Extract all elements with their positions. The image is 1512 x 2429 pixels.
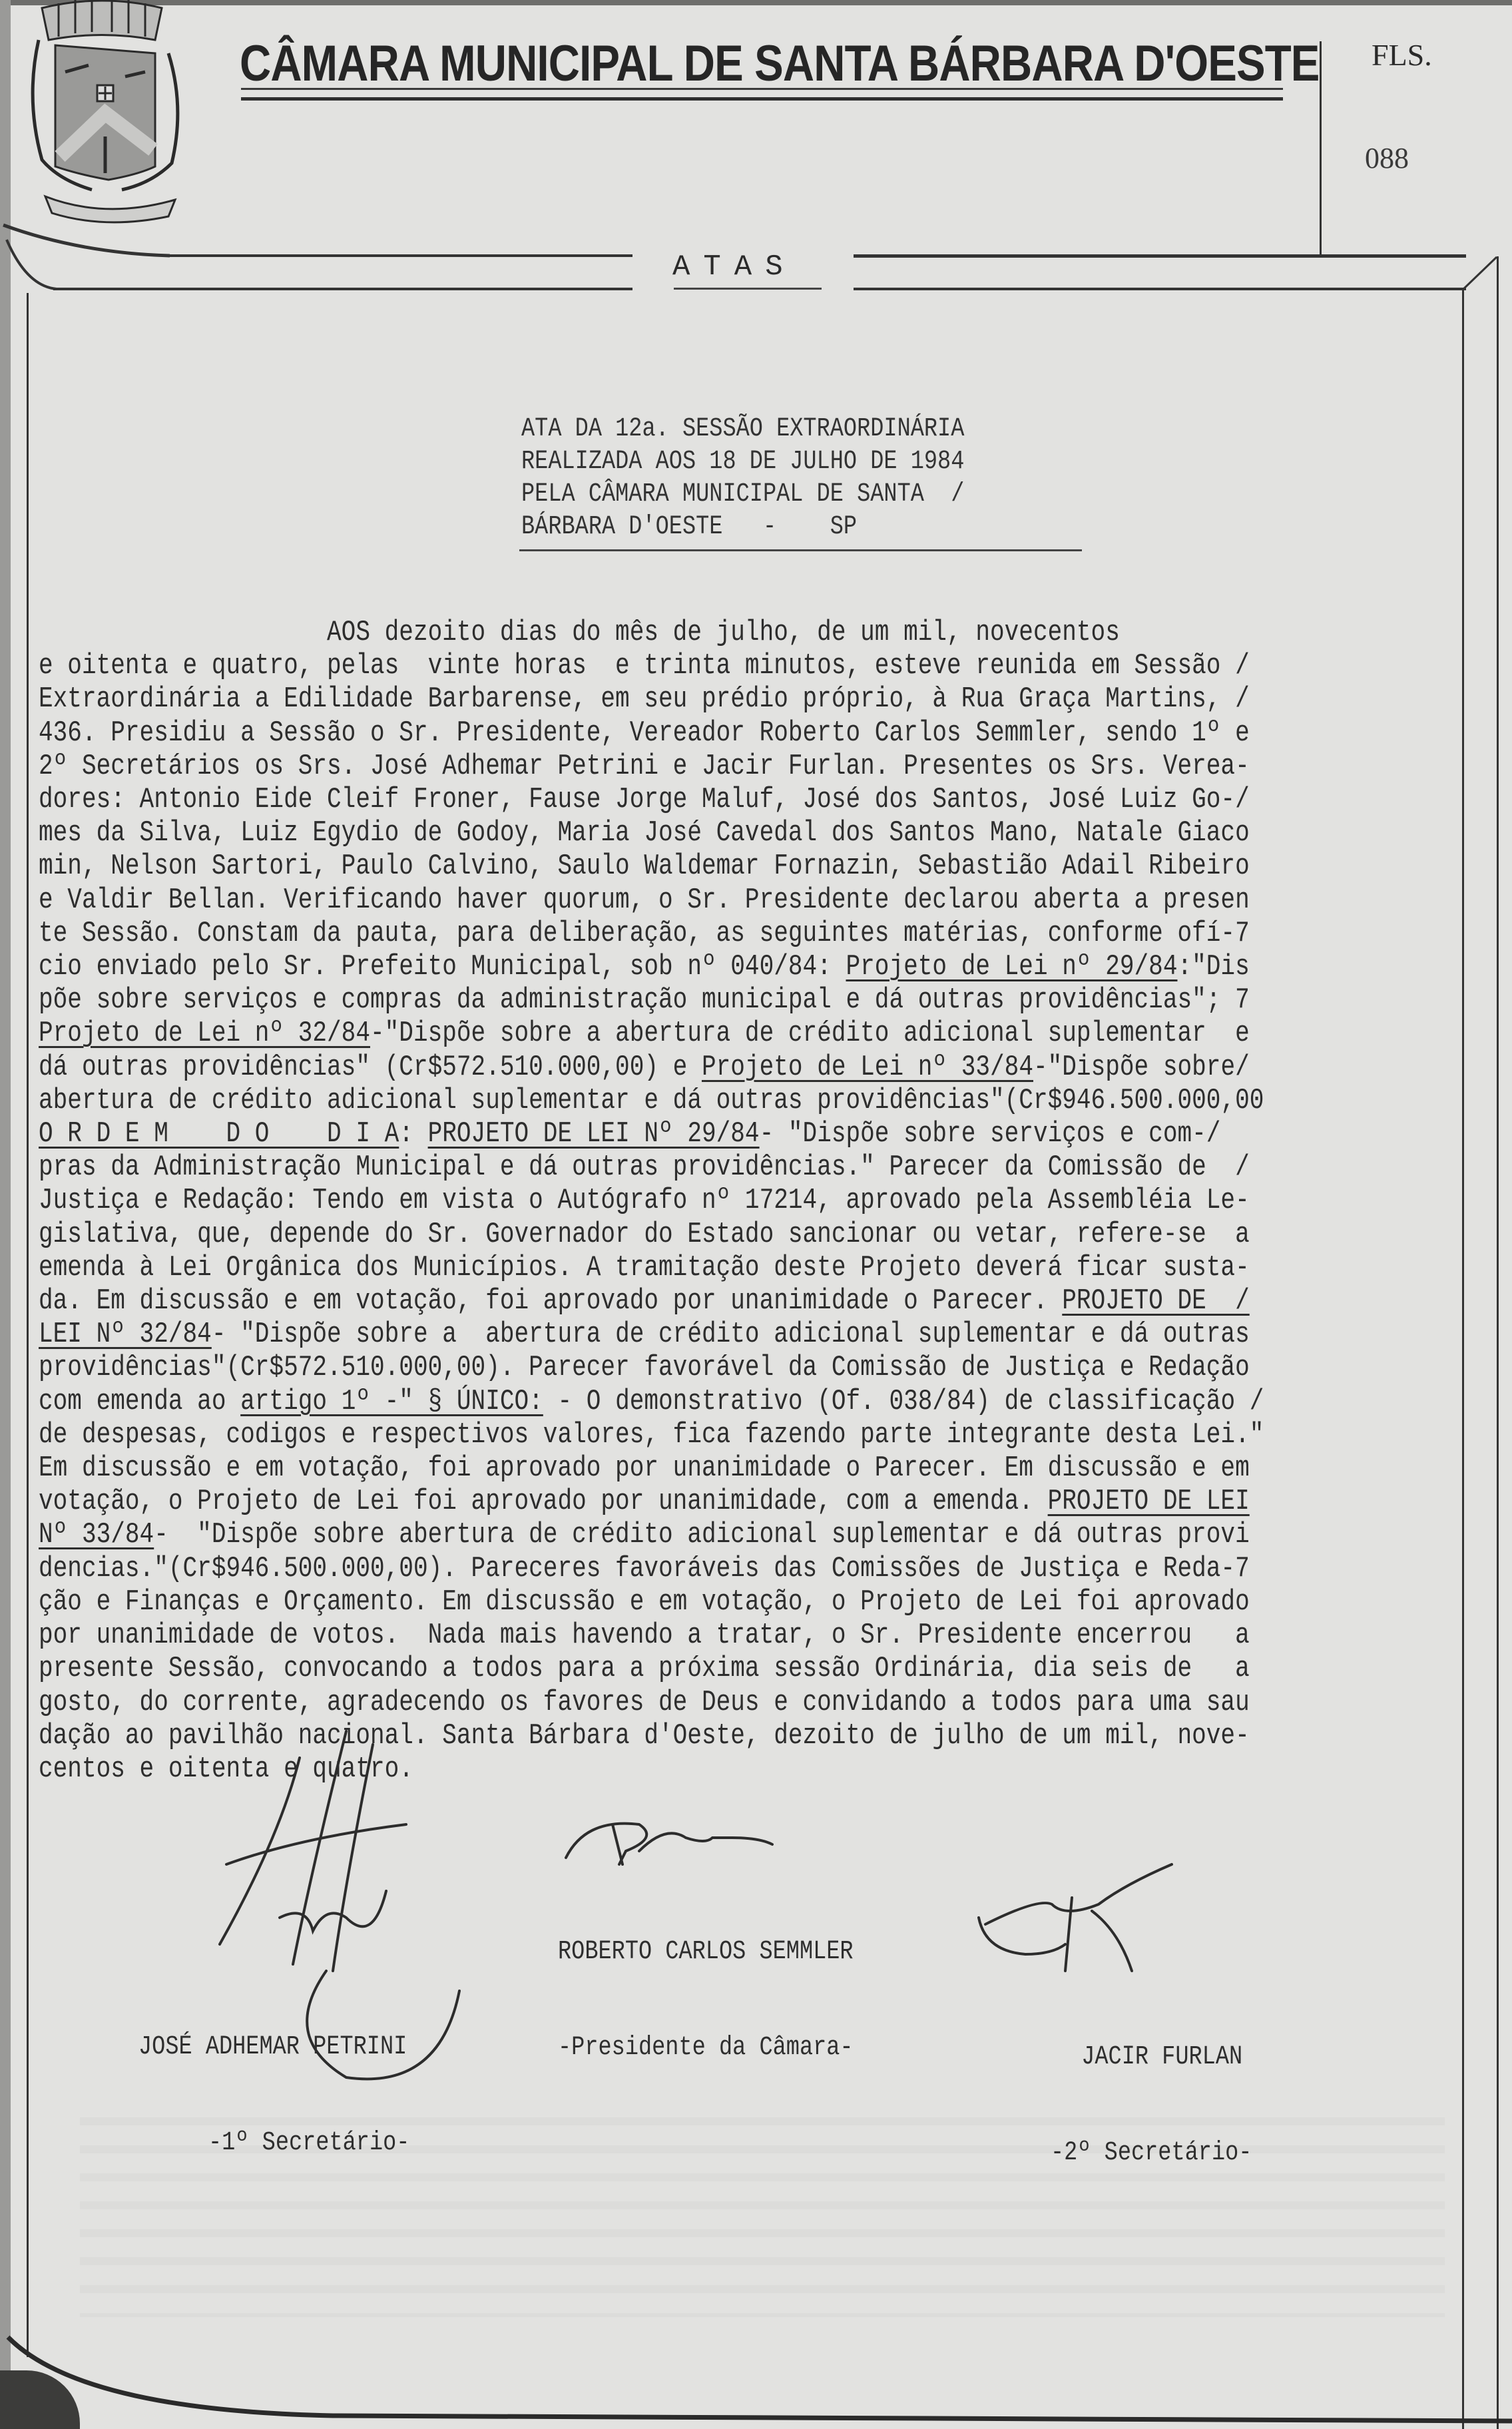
body-text-segment: com emenda ao bbox=[39, 1385, 240, 1418]
underlined-reference: PROJETO DE LEI bbox=[1048, 1485, 1250, 1518]
body-text-segment: e oitenta e quatro, pelas vinte horas e … bbox=[39, 649, 1250, 682]
body-text-segment: - "Dispõe sobre a abertura de crédito ad… bbox=[212, 1318, 1250, 1351]
body-line: dação ao pavilhão nacional. Santa Bárbar… bbox=[39, 1719, 1305, 1753]
body-line: por unanimidade de votos. Nada mais have… bbox=[39, 1619, 1305, 1652]
underlined-reference: O R D E M D O D I A bbox=[39, 1117, 399, 1151]
body-line: cio enviado pelo Sr. Prefeito Municipal,… bbox=[39, 950, 1305, 983]
fls-divider bbox=[1320, 41, 1322, 256]
body-line: min, Nelson Sartori, Paulo Calvino, Saul… bbox=[39, 850, 1305, 883]
underlined-reference: Projeto de Lei nº 32/84 bbox=[39, 1017, 370, 1050]
body-text-segment: Justiça e Redação: Tendo em vista o Autó… bbox=[39, 1184, 1250, 1217]
second-secretary-role: -2º Secretário- bbox=[1051, 2137, 1252, 2169]
body-line: de despesas, codigos e respectivos valor… bbox=[39, 1418, 1305, 1452]
frame-line bbox=[854, 288, 1466, 290]
body-line: da. Em discussão e em votação, foi aprov… bbox=[39, 1284, 1305, 1318]
body-line: dá outras providências" (Cr$572.510.000,… bbox=[39, 1051, 1305, 1084]
body-text-segment: providências"(Cr$572.510.000,00). Parece… bbox=[39, 1351, 1250, 1384]
scan-top-edge bbox=[0, 0, 1512, 5]
minutes-heading: ATA DA 12a. SESSÃO EXTRAORDINÁRIA REALIZ… bbox=[521, 413, 1013, 543]
body-line: dencias."(Cr$946.500.000,00). Pareceres … bbox=[39, 1552, 1305, 1585]
body-text-segment: - "Dispõe sobre serviços e com-/ bbox=[760, 1117, 1221, 1151]
body-line: dores: Antonio Eide Cleif Froner, Fause … bbox=[39, 783, 1305, 816]
body-line: Nº 33/84- "Dispõe sobre abertura de créd… bbox=[39, 1518, 1305, 1551]
body-line: ção e Finanças e Orçamento. Em discussão… bbox=[39, 1585, 1305, 1619]
underlined-reference: artigo 1º -" § ÚNICO: bbox=[240, 1385, 543, 1418]
body-text-segment: da. Em discussão e em votação, foi aprov… bbox=[39, 1284, 1062, 1318]
president-name: ROBERTO CARLOS SEMMLER bbox=[558, 1936, 854, 1968]
body-line: Em discussão e em votação, foi aprovado … bbox=[39, 1452, 1305, 1485]
body-text-segment: pras da Administração Municipal e dá out… bbox=[39, 1151, 1250, 1184]
body-line: Extraordinária a Edilidade Barbarense, e… bbox=[39, 682, 1305, 716]
first-secretary-signature-block: JOSÉ ADHEMAR PETRINI -1º Secretário- bbox=[138, 1968, 409, 2191]
body-line: e Valdir Bellan. Verificando haver quoru… bbox=[39, 884, 1305, 917]
body-text-segment: dores: Antonio Eide Cleif Froner, Fause … bbox=[39, 783, 1250, 816]
body-text-segment: - O demonstrativo (Of. 038/84) de classi… bbox=[543, 1385, 1264, 1418]
minutes-body: AOS dezoito dias do mês de julho, de um … bbox=[39, 616, 1305, 1786]
body-line: Projeto de Lei nº 32/84-"Dispõe sobre a … bbox=[39, 1017, 1305, 1050]
body-text-segment: AOS dezoito dias do mês de julho, de um … bbox=[39, 616, 1120, 649]
body-line: providências"(Cr$572.510.000,00). Parece… bbox=[39, 1351, 1305, 1384]
body-text-segment: emenda à Lei Orgânica dos Municípios. A … bbox=[39, 1251, 1250, 1284]
body-line: pras da Administração Municipal e dá out… bbox=[39, 1151, 1305, 1184]
body-line: 436. Presidiu a Sessão o Sr. Presidente,… bbox=[39, 716, 1305, 750]
body-text-segment: -"Dispõe sobre a abertura de crédito adi… bbox=[370, 1017, 1250, 1050]
body-line: LEI Nº 32/84- "Dispõe sobre a abertura d… bbox=[39, 1318, 1305, 1351]
frame-line bbox=[854, 254, 1466, 258]
second-secretary-name: JACIR FURLAN bbox=[1051, 2041, 1252, 2073]
frame-line bbox=[166, 254, 632, 257]
body-line: com emenda ao artigo 1º -" § ÚNICO: - O … bbox=[39, 1385, 1305, 1418]
body-text-segment: gislativa, que, depende do Sr. Governado… bbox=[39, 1218, 1250, 1251]
scan-left-edge bbox=[0, 0, 11, 2429]
body-line: te Sessão. Constam da pauta, para delibe… bbox=[39, 917, 1305, 950]
heading-line: PELA CÂMARA MUNICIPAL DE SANTA / bbox=[521, 478, 1013, 511]
section-title: ATAS bbox=[672, 250, 796, 284]
body-text-segment: dencias."(Cr$946.500.000,00). Pareceres … bbox=[39, 1552, 1250, 1585]
body-text-segment: por unanimidade de votos. Nada mais have… bbox=[39, 1619, 1250, 1652]
first-secretary-role: -1º Secretário- bbox=[138, 2127, 409, 2159]
scan-bottom-shadow bbox=[0, 2370, 80, 2429]
underlined-reference: Projeto de Lei nº 33/84 bbox=[702, 1051, 1033, 1084]
body-text-segment: mes da Silva, Luiz Egydio de Godoy, Mari… bbox=[39, 816, 1250, 850]
body-text-segment: cio enviado pelo Sr. Prefeito Municipal,… bbox=[39, 950, 846, 983]
body-text-segment: Extraordinária a Edilidade Barbarense, e… bbox=[39, 682, 1250, 716]
frame-line bbox=[27, 293, 29, 2357]
second-secretary-signature-block: JACIR FURLAN -2º Secretário- bbox=[1051, 1978, 1252, 2201]
body-text-segment: e Valdir Bellan. Verificando haver quoru… bbox=[39, 884, 1250, 917]
body-line: O R D E M D O D I A: PROJETO DE LEI Nº 2… bbox=[39, 1117, 1305, 1151]
body-line: Justiça e Redação: Tendo em vista o Autó… bbox=[39, 1184, 1305, 1217]
body-text-segment: centos e oitenta e quatro. bbox=[39, 1753, 413, 1786]
heading-line: BÁRBARA D'OESTE - SP bbox=[521, 511, 1013, 543]
body-line: gosto, do corrente, agradecendo os favor… bbox=[39, 1686, 1305, 1719]
heading-rule bbox=[519, 549, 1082, 551]
body-text-segment: abertura de crédito adicional suplementa… bbox=[39, 1084, 1264, 1117]
frame-line bbox=[53, 288, 632, 290]
title-rule bbox=[241, 97, 1283, 101]
body-line: votação, o Projeto de Lei foi aprovado p… bbox=[39, 1485, 1305, 1518]
body-line: 2º Secretários os Srs. José Adhemar Petr… bbox=[39, 750, 1305, 783]
underlined-reference: LEI Nº 32/84 bbox=[39, 1318, 212, 1351]
body-text-segment: dá outras providências" (Cr$572.510.000,… bbox=[39, 1051, 702, 1084]
body-text-segment: ção e Finanças e Orçamento. Em discussão… bbox=[39, 1585, 1250, 1619]
body-text-segment: de despesas, codigos e respectivos valor… bbox=[39, 1418, 1264, 1452]
body-line: AOS dezoito dias do mês de julho, de um … bbox=[39, 616, 1305, 649]
heading-line: REALIZADA AOS 18 DE JULHO DE 1984 bbox=[521, 445, 1013, 478]
frame-line bbox=[1497, 256, 1499, 2429]
institution-title: CÂMARA MUNICIPAL DE SANTA BÁRBARA D'OEST… bbox=[240, 35, 1320, 93]
body-line: abertura de crédito adicional suplementa… bbox=[39, 1084, 1305, 1117]
president-role: -Presidente da Câmara- bbox=[558, 2032, 854, 2064]
frame-line bbox=[1462, 290, 1464, 2429]
first-secretary-name: JOSÉ ADHEMAR PETRINI bbox=[138, 2031, 409, 2063]
fls-label: FLS. bbox=[1372, 37, 1432, 73]
body-text-segment: :"Dis bbox=[1177, 950, 1249, 983]
body-line: gislativa, que, depende do Sr. Governado… bbox=[39, 1218, 1305, 1251]
body-text-segment: Em discussão e em votação, foi aprovado … bbox=[39, 1452, 1250, 1485]
underlined-reference: Projeto de Lei nº 29/84 bbox=[846, 950, 1177, 983]
body-text-segment: 436. Presidiu a Sessão o Sr. Presidente,… bbox=[39, 716, 1250, 750]
body-text-segment: -"Dispõe sobre/ bbox=[1033, 1051, 1250, 1084]
body-text-segment: põe sobre serviços e compras da administ… bbox=[39, 983, 1250, 1017]
body-line: centos e oitenta e quatro. bbox=[39, 1753, 1305, 1786]
body-text-segment: : bbox=[399, 1117, 427, 1151]
body-line: mes da Silva, Luiz Egydio de Godoy, Mari… bbox=[39, 816, 1305, 850]
underlined-reference: PROJETO DE LEI Nº 29/84 bbox=[428, 1117, 760, 1151]
body-text-segment: - "Dispõe sobre abertura de crédito adic… bbox=[154, 1518, 1250, 1551]
underlined-reference: PROJETO DE / bbox=[1062, 1284, 1249, 1318]
body-text-segment: gosto, do corrente, agradecendo os favor… bbox=[39, 1686, 1250, 1719]
president-signature-block: ROBERTO CARLOS SEMMLER -Presidente da Câ… bbox=[558, 1872, 854, 2096]
title-rule bbox=[241, 88, 1283, 90]
body-text-segment: te Sessão. Constam da pauta, para delibe… bbox=[39, 917, 1250, 950]
body-text-segment: min, Nelson Sartori, Paulo Calvino, Saul… bbox=[39, 850, 1250, 883]
body-line: presente Sessão, convocando a todos para… bbox=[39, 1652, 1305, 1685]
body-line: põe sobre serviços e compras da administ… bbox=[39, 983, 1305, 1017]
body-text-segment: dação ao pavilhão nacional. Santa Bárbar… bbox=[39, 1719, 1250, 1753]
coat-of-arms-icon bbox=[12, 0, 192, 230]
heading-line: ATA DA 12a. SESSÃO EXTRAORDINÁRIA bbox=[521, 413, 1013, 445]
body-line: e oitenta e quatro, pelas vinte horas e … bbox=[39, 649, 1305, 682]
body-text-segment: votação, o Projeto de Lei foi aprovado p… bbox=[39, 1485, 1048, 1518]
body-text-segment: presente Sessão, convocando a todos para… bbox=[39, 1652, 1250, 1685]
underlined-reference: Nº 33/84 bbox=[39, 1518, 154, 1551]
page-number: 088 bbox=[1365, 141, 1409, 175]
section-title-underline bbox=[674, 288, 822, 290]
body-line: emenda à Lei Orgânica dos Municípios. A … bbox=[39, 1251, 1305, 1284]
body-text-segment: 2º Secretários os Srs. José Adhemar Petr… bbox=[39, 750, 1250, 783]
